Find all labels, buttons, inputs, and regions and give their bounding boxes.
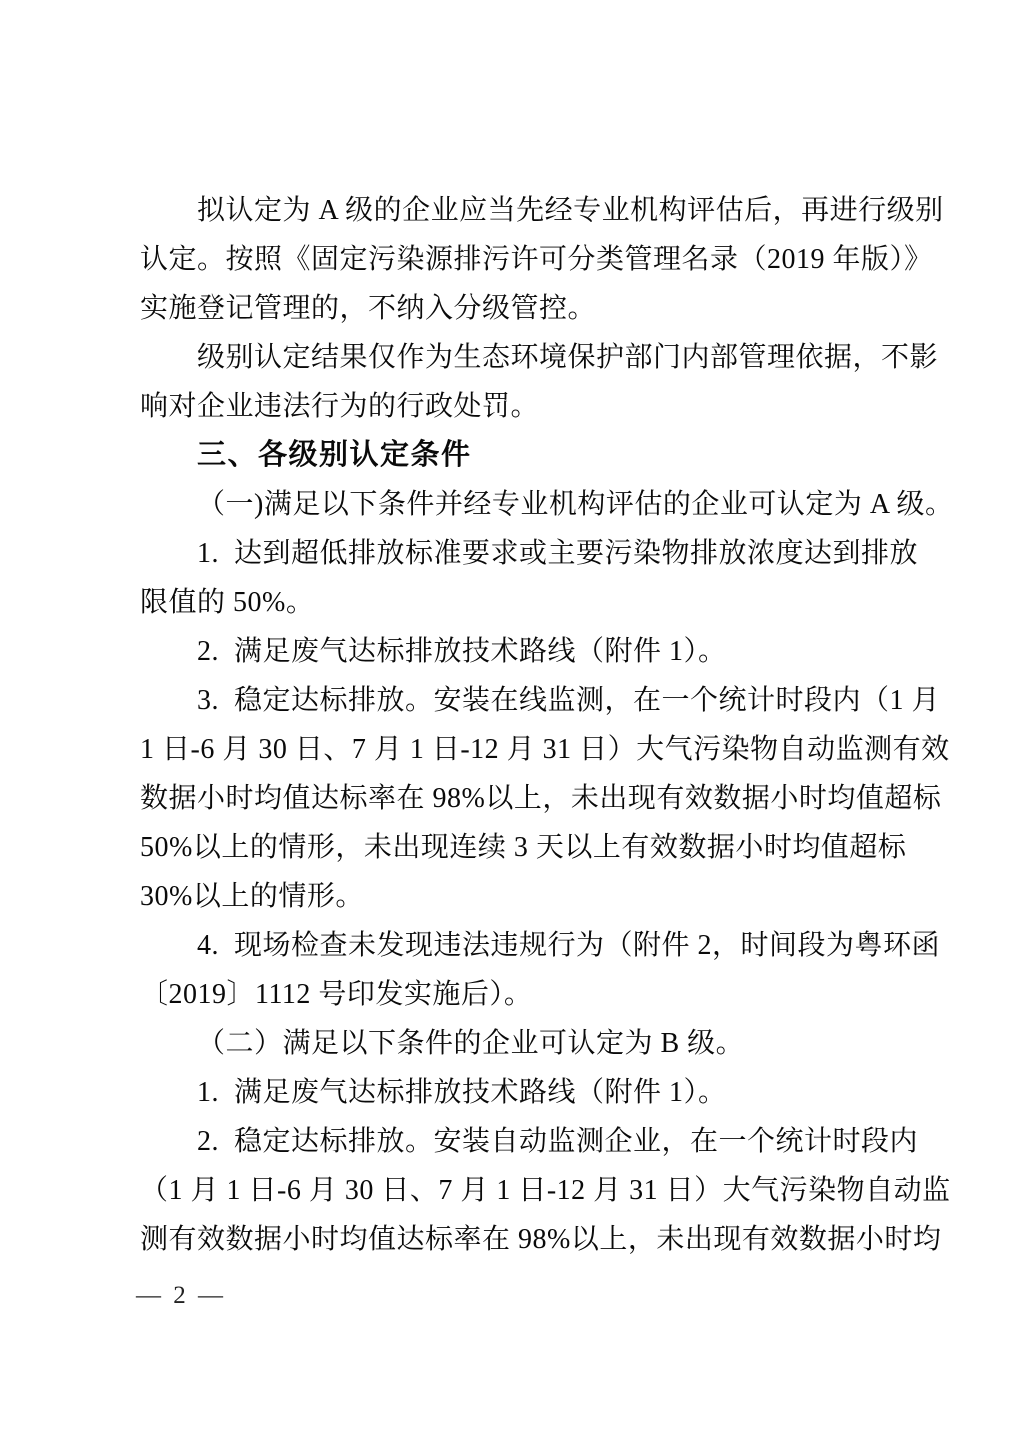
document-page: 拟认定为 A 级的企业应当先经专业机构评估后，再进行级别认定。按照《固定污染源排… (0, 0, 1024, 1448)
text-line: 拟认定为 A 级的企业应当先经专业机构评估后，再进行级别 (140, 186, 915, 235)
text-line: 30%以上的情形。 (140, 872, 915, 921)
text-line: 2. 满足废气达标排放技术路线（附件 1）。 (140, 627, 915, 676)
section-heading: 三、各级别认定条件 (140, 431, 915, 480)
text-line: 50%以上的情形，未出现连续 3 天以上有效数据小时均值超标 (140, 823, 915, 872)
text-line: 3. 稳定达标排放。安装在线监测，在一个统计时段内（1 月 (140, 676, 915, 725)
text-line: 2. 稳定达标排放。安装自动监测企业，在一个统计时段内 (140, 1117, 915, 1166)
text-line: 实施登记管理的，不纳入分级管控。 (140, 284, 915, 333)
text-line: （1 月 1 日-6 月 30 日、7 月 1 日-12 月 31 日）大气污染… (140, 1166, 915, 1215)
text-line: 级别认定结果仅作为生态环境保护部门内部管理依据，不影 (140, 333, 915, 382)
text-line: 1. 满足废气达标排放技术路线（附件 1）。 (140, 1068, 915, 1117)
text-line: 限值的 50%。 (140, 578, 915, 627)
text-line: 1 日-6 月 30 日、7 月 1 日-12 月 31 日）大气污染物自动监测… (140, 725, 915, 774)
text-line: 测有效数据小时均值达标率在 98%以上，未出现有效数据小时均 (140, 1215, 915, 1264)
text-line: 〔2019〕1112 号印发实施后）。 (140, 970, 915, 1019)
text-line: （二）满足以下条件的企业可认定为 B 级。 (140, 1019, 915, 1068)
text-line: 1. 达到超低排放标准要求或主要污染物排放浓度达到排放 (140, 529, 915, 578)
text-line: 数据小时均值达标率在 98%以上，未出现有效数据小时均值超标 (140, 774, 915, 823)
text-block: 拟认定为 A 级的企业应当先经专业机构评估后，再进行级别认定。按照《固定污染源排… (140, 186, 915, 1264)
text-line: 认定。按照《固定污染源排污许可分类管理名录（2019 年版）》 (140, 235, 915, 284)
page-number: — 2 — (136, 1282, 226, 1310)
text-line: 响对企业违法行为的行政处罚。 (140, 382, 915, 431)
text-line: 4. 现场检查未发现违法违规行为（附件 2，时间段为粤环函 (140, 921, 915, 970)
text-line: （一)满足以下条件并经专业机构评估的企业可认定为 A 级。 (140, 480, 915, 529)
